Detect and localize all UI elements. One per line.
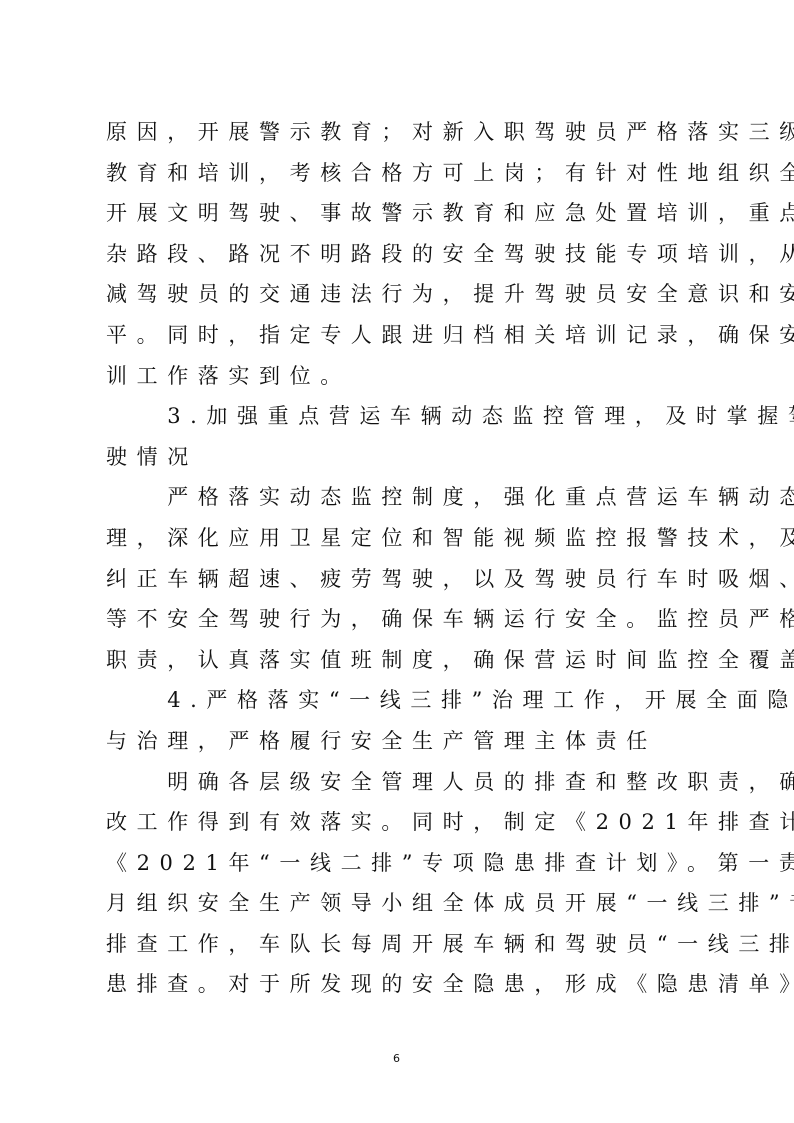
text-line: 理，深化应用卫星定位和智能视频监控报警技术，及时发现和 [106, 518, 698, 559]
text-line: 开展文明驾驶、事故警示教育和应急处置培训，重点加强对复 [106, 193, 698, 234]
paragraph-start: 明确各层级安全管理人员的排查和整改职责，确保各项整 [106, 762, 698, 803]
paragraph-start: 严格落实动态监控制度，强化重点营运车辆动态监控管 [106, 477, 698, 518]
section-heading-4: 4.严格落实“一线三排”治理工作，开展全面隐患排查 [106, 680, 698, 721]
section-heading-3-cont: 驶情况 [106, 437, 698, 478]
section-heading-3: 3.加强重点营运车辆动态监控管理，及时掌握驾驶员行 [106, 396, 698, 437]
text-line: 等不安全驾驶行为，确保车辆运行安全。监控员严格执行岗位 [106, 599, 698, 640]
body-text: 原因，开展警示教育；对新入职驾驶员严格落实三级安全生产 教育和培训，考核合格方可… [106, 112, 698, 1005]
text-line: 训工作落实到位。 [106, 356, 698, 397]
text-line: 排查工作，车队长每周开展车辆和驾驶员“一线三排”安全隐 [106, 924, 698, 965]
text-line: 月组织安全生产领导小组全体成员开展“一线三排”专项隐患 [106, 883, 698, 924]
document-page: 原因，开展警示教育；对新入职驾驶员严格落实三级安全生产 教育和培训，考核合格方可… [0, 0, 794, 1123]
section-heading-4-cont: 与治理，严格履行安全生产管理主体责任 [106, 721, 698, 762]
text-line: 改工作得到有效落实。同时，制定《2021年排查计划》和 [106, 802, 698, 843]
text-line: 减驾驶员的交通违法行为，提升驾驶员安全意识和安全行车水 [106, 274, 698, 315]
text-line: 《2021年“一线二排”专项隐患排查计划》。第一责任人每个 [106, 843, 698, 884]
page-number: 6 [393, 1052, 400, 1065]
text-line: 纠正车辆超速、疲劳驾驶，以及驾驶员行车时吸烟、操作手机 [106, 559, 698, 600]
text-line: 患排查。对于所发现的安全隐患，形成《隐患清单》，发出 [106, 964, 698, 1005]
text-line: 职责，认真落实值班制度，确保营运时间监控全覆盖。 [106, 640, 698, 681]
text-line: 平。同时，指定专人跟进归档相关培训记录，确保安全教育培 [106, 315, 698, 356]
text-line: 杂路段、路况不明路段的安全驾驶技能专项培训，从源头上压 [106, 234, 698, 275]
text-line: 教育和培训，考核合格方可上岗；有针对性地组织全体驾驶员 [106, 153, 698, 194]
text-line: 原因，开展警示教育；对新入职驾驶员严格落实三级安全生产 [106, 112, 698, 153]
